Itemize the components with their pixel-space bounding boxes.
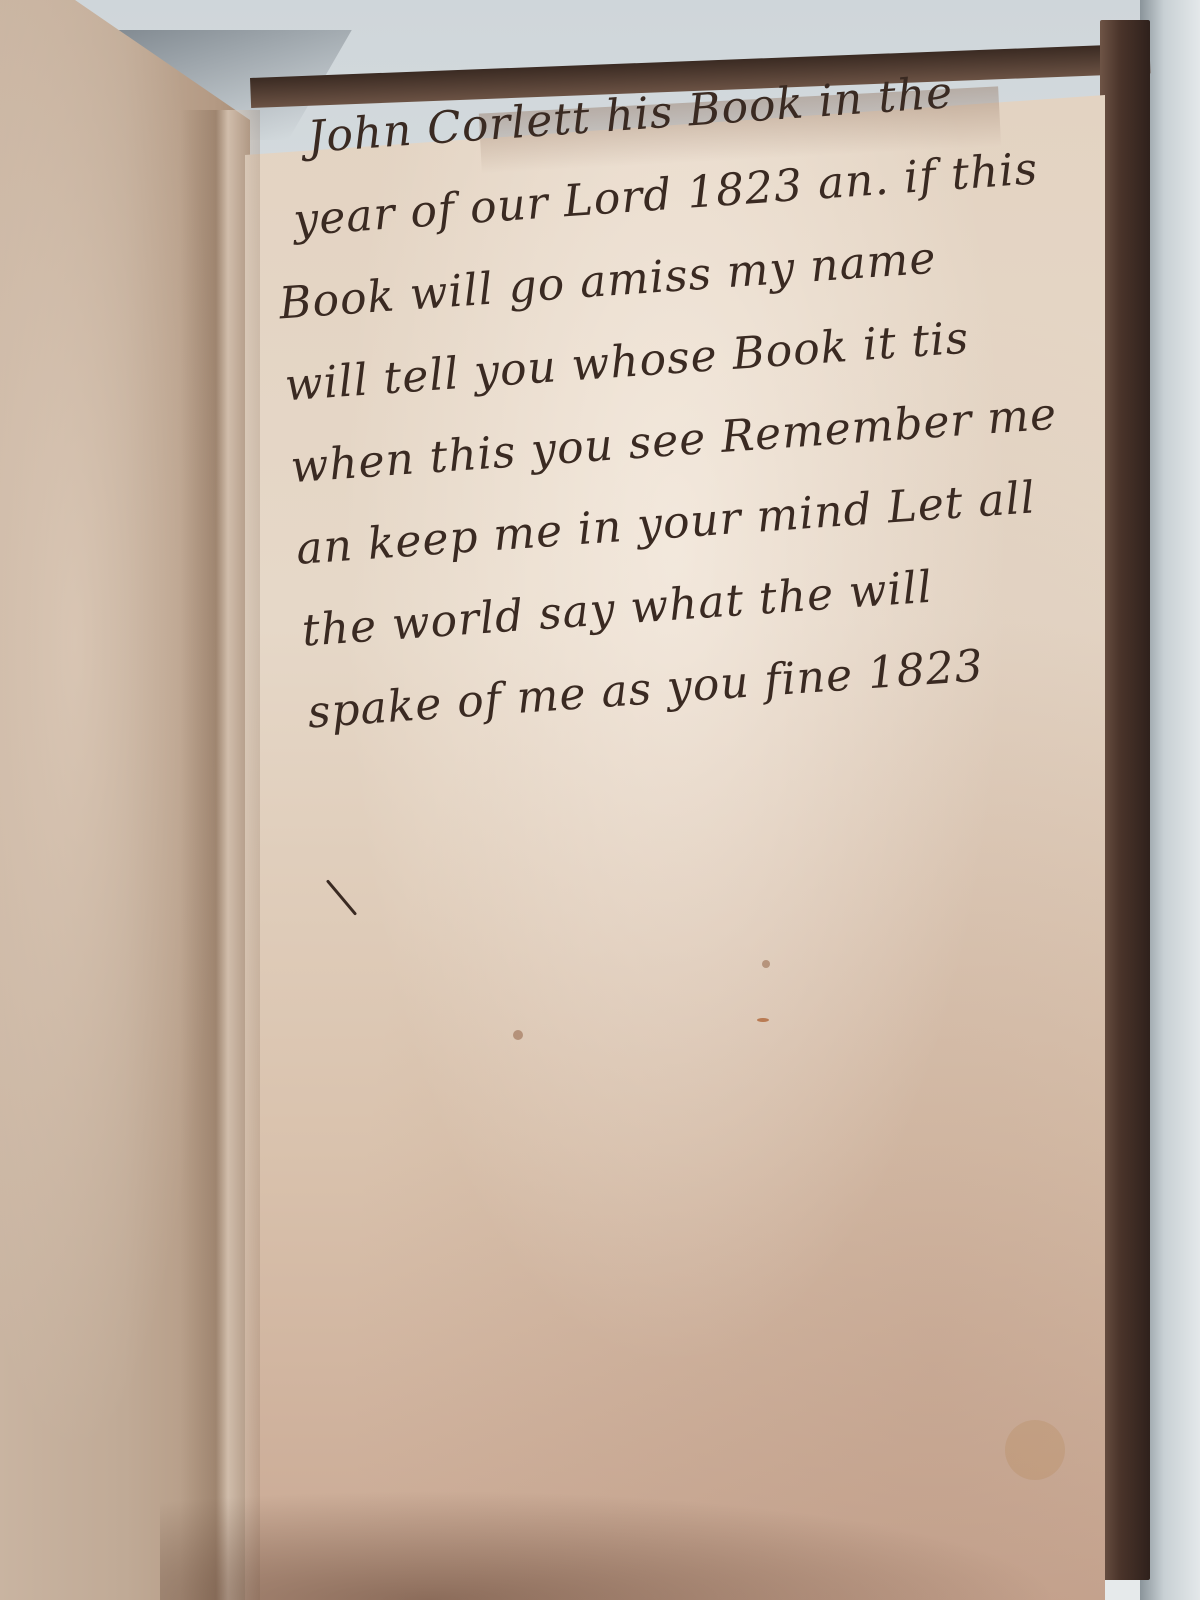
bottom-shadow	[160, 1490, 1060, 1600]
foxing-spot	[513, 1030, 523, 1040]
book-gutter	[180, 110, 260, 1600]
foxing-spot	[1005, 1420, 1065, 1480]
foxing-spot	[762, 960, 770, 968]
foxing-spot	[757, 1018, 769, 1022]
handwritten-inscription: John Corlett his Book in the year of our…	[265, 42, 1139, 754]
